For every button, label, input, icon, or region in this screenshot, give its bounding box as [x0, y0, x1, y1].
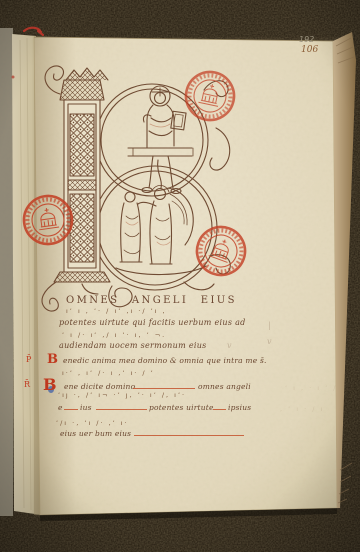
- text-line-3a: e: [58, 404, 63, 412]
- red-line-filler-1: [133, 388, 195, 389]
- neume-line-4: ʼıȷ ·, /ʼ ı¬ ·ʼ ȷ, ʼ· ıʼ /, ıʼ·: [58, 392, 186, 399]
- verse-initial-letter: B: [47, 352, 58, 367]
- neume-line-3: ı·ʼ , ıʼ /· ı ,ʼ ı· / ʼ: [62, 370, 155, 377]
- verse-marker: P̄: [26, 356, 31, 364]
- red-line-filler-2: [64, 409, 78, 410]
- red-line-filler-4: [213, 409, 226, 410]
- bleed-through-neumes-2: , ʼ ı · / ı: [280, 406, 324, 413]
- verse-initial: B: [47, 353, 58, 366]
- neume-line-1: ıʼ ı , ʼ· / ıʼ ,ı ·/ ʼı ,: [66, 308, 167, 315]
- text-line-1: potentes uirtute qui facitis uerbum eius…: [59, 319, 246, 327]
- text-line-3b: ius: [80, 404, 92, 412]
- margin-mark-1: |: [268, 322, 271, 330]
- neume-line-5: ʼ/ı ·, ʼı /· ,ʼ ı·: [56, 420, 129, 427]
- red-line-filler-5: [134, 435, 244, 436]
- verse-text: enedic anima mea domino & omnia que intr…: [63, 357, 267, 365]
- responsory-marker: R̄: [24, 381, 30, 389]
- neume-line-2: ʼ ı /· ıʼ ,/ ı ʼ· ı, ʼ ¬.: [62, 332, 166, 339]
- text-line-2: audiendam uocem sermonum eius: [59, 342, 207, 350]
- folio-number-pencil: 192: [299, 36, 314, 44]
- folio-number-ink: 106: [301, 46, 318, 55]
- text-line-4: eius uer bum eius: [60, 430, 131, 438]
- text-line-3d: ipsius: [228, 404, 251, 412]
- responsory-text-a: ene dicite domino: [64, 383, 135, 391]
- red-line-filler-3: [96, 409, 147, 410]
- manuscript-photo: 192 106 OMNES ANGELI EIUS ıʼ ı , ʼ· / ıʼ…: [0, 0, 360, 552]
- responsory-initial: B: [43, 377, 57, 393]
- display-capitals-line: OMNES ANGELI EIUS: [66, 296, 237, 306]
- margin-mark-2: v: [267, 338, 272, 346]
- text-line-3c: potentes uirtute: [149, 404, 214, 412]
- bleed-through-neumes-1: ʼ ı , · ı ʼ /: [285, 385, 337, 392]
- text-overlay: 192 106 OMNES ANGELI EIUS ıʼ ı , ʼ· / ıʼ…: [0, 0, 360, 552]
- custos-mark: v: [227, 342, 232, 350]
- responsory-text-b: omnes angeli: [198, 383, 251, 391]
